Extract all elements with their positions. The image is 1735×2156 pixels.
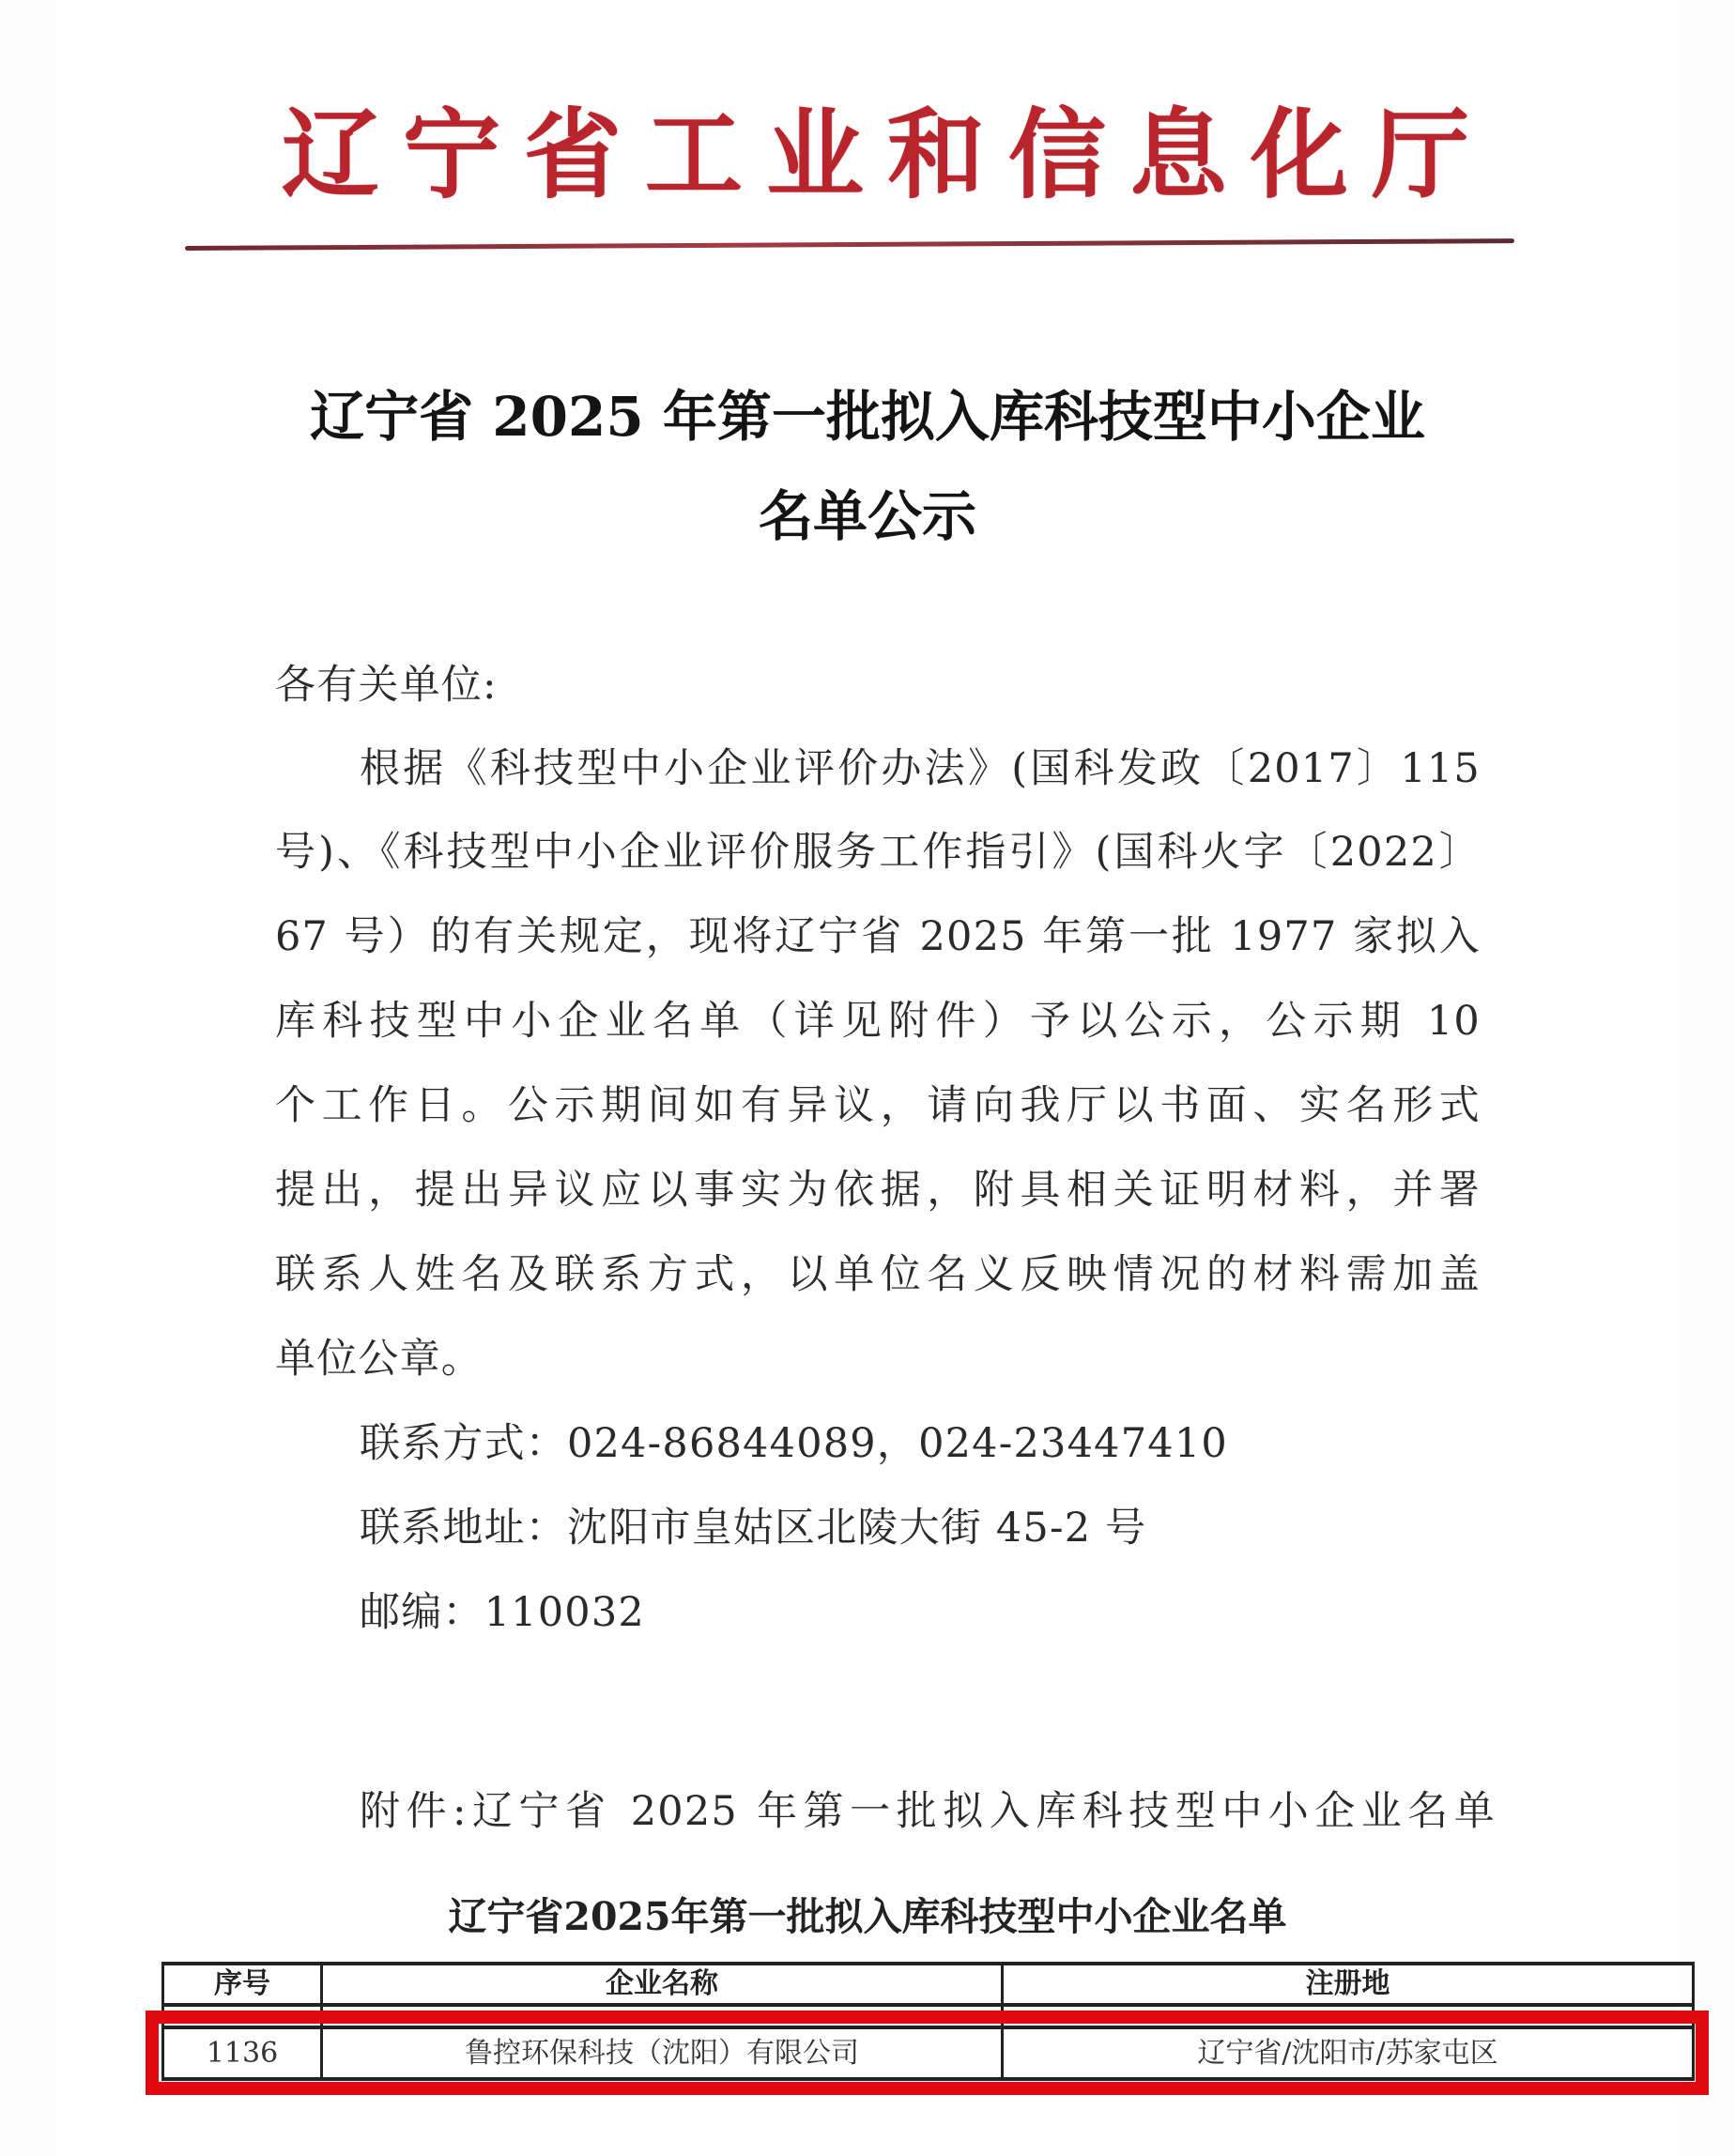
salutation: 各有关单位: [275, 657, 498, 713]
column-header-index: 序号 [164, 1965, 320, 2003]
contact-address: 联系地址：沈阳市皇姑区北陵大街 45-2 号 [360, 1500, 1146, 1556]
column-header-company: 企业名称 [323, 1965, 1001, 2003]
document-title-line-2: 名单公示 [0, 479, 1735, 554]
paragraph-line: 单位公章。 [275, 1331, 483, 1387]
contact-phone: 联系方式：024-86844089，024-23447410 [360, 1415, 1228, 1472]
paragraph-line: 根据《科技型中小企业评价办法》(国科发政〔2017〕115 [360, 741, 1481, 797]
paragraph-line: 号)、《科技型中小企业评价服务工作指引》(国科火字〔2022〕 [275, 824, 1481, 880]
letterhead-org-name: 辽宁省工业和信息化厅 [282, 94, 1408, 216]
row-highlight-box [146, 2011, 1709, 2095]
contact-postcode: 邮编：110032 [360, 1584, 645, 1641]
attachment-label: 附件:辽宁省 2025 年第一批拟入库科技型中小企业名单 [360, 1783, 1496, 1840]
paragraph-line: 库科技型中小企业名单（详见附件）予以公示，公示期 10 [275, 993, 1481, 1049]
document-title-line-1: 辽宁省 2025 年第一批拟入库科技型中小企业 [0, 379, 1735, 454]
table-title: 辽宁省2025年第一批拟入库科技型中小企业名单 [0, 1888, 1735, 1945]
paragraph-line: 联系人姓名及联系方式，以单位名义反映情况的材料需加盖 [275, 1246, 1481, 1303]
paragraph-line: 67 号）的有关规定，现将辽宁省 2025 年第一批 1977 家拟入 [275, 909, 1481, 965]
paragraph-line: 提出，提出异议应以事实为依据，附具相关证明材料，并署 [275, 1162, 1481, 1218]
column-header-location: 注册地 [1004, 1965, 1692, 2003]
paragraph-line: 个工作日。公示期间如有异议，请向我厅以书面、实名形式 [275, 1078, 1481, 1134]
